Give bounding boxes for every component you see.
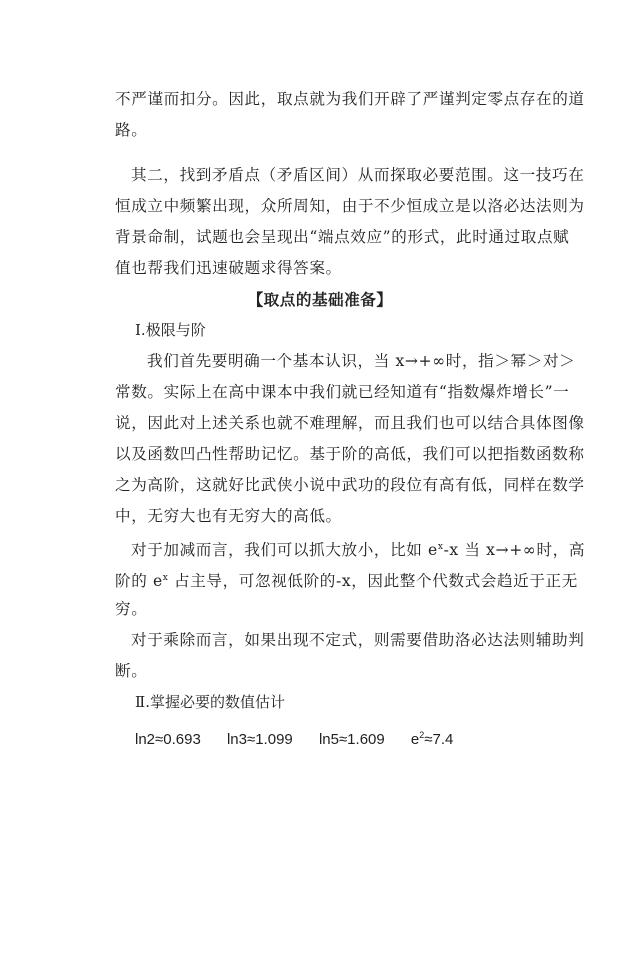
paragraph-line: 常数。实际上在高中课本中我们就已经知道有“指数爆炸增长”一 [115,377,525,408]
paragraph-line: 恒成立中频繁出现，众所周知，由于不少恒成立是以洛必达法则为 [115,191,525,222]
estimates-row: ln2≈0.693 ln3≈1.099 ln5≈1.609 e2≈7.4 [115,720,525,755]
paragraph-line: 之为高阶，这就好比武侠小说中武功的段位有高有低，同样在数学 [115,470,525,501]
paragraph-line: 我们首先要明确一个基本认识，当 x→+∞时，指＞幂＞对＞ [115,346,525,377]
estimate-ln5: ln5≈1.609 [319,724,385,755]
paragraph-line: 以及函数凹凸性帮助记忆。基于阶的高低，我们可以把指数函数称 [115,439,525,470]
paragraph-line: 值也帮我们迅速破题求得答案。 [115,253,525,284]
text-span: 对于加减而言，我们可以抓大放小，比如 e [131,541,438,559]
paragraph-line: 对于加减而言，我们可以抓大放小，比如 ex-x 当 x→+∞时，高 [115,532,525,563]
subsection-title: Ⅱ.掌握必要的数值估计 [115,687,525,718]
paragraph-line: 阶的 ex 占主导，可忽视低阶的-x，因此整个代数式会趋近于正无 [115,563,525,594]
document-page: 不严谨而扣分。因此，取点就为我们开辟了严谨判定零点存在的道 路。 其二，找到矛盾… [115,84,525,755]
text-span: ≈7.4 [424,731,453,748]
paragraph-line: 说，因此对上述关系也就不难理解，而且我们也可以结合具体图像 [115,408,525,439]
estimate-e2: e2≈7.4 [411,720,453,755]
paragraph-line: 中，无穷大也有无穷大的高低。 [115,501,525,532]
paragraph-line: 背景命制，试题也会呈现出“端点效应”的形式，此时通过取点赋 [115,222,525,253]
text-span: e [411,731,419,748]
estimate-ln3: ln3≈1.099 [227,724,293,755]
paragraph-line: 不严谨而扣分。因此，取点就为我们开辟了严谨判定零点存在的道 [115,84,525,115]
paragraph-line: 穷。 [115,594,525,625]
subsection-title: Ⅰ.极限与阶 [115,315,525,346]
estimate-ln2: ln2≈0.693 [135,724,201,755]
paragraph-line: 路。 [115,115,525,146]
text-span: 阶的 e [115,572,163,590]
paragraph-line: 对于乘除而言，如果出现不定式，则需要借助洛必达法则辅助判 [115,625,525,656]
text-span: 占主导，可忽视低阶的-x，因此整个代数式会趋近于正无 [168,572,577,590]
paragraph-line: 其二，找到矛盾点（矛盾区间）从而探取必要范围。这一技巧在 [115,160,525,191]
paragraph-line: 断。 [115,656,525,687]
section-heading: 【取点的基础准备】 [115,284,525,315]
text-span: -x 当 x→+∞时，高 [444,541,585,559]
